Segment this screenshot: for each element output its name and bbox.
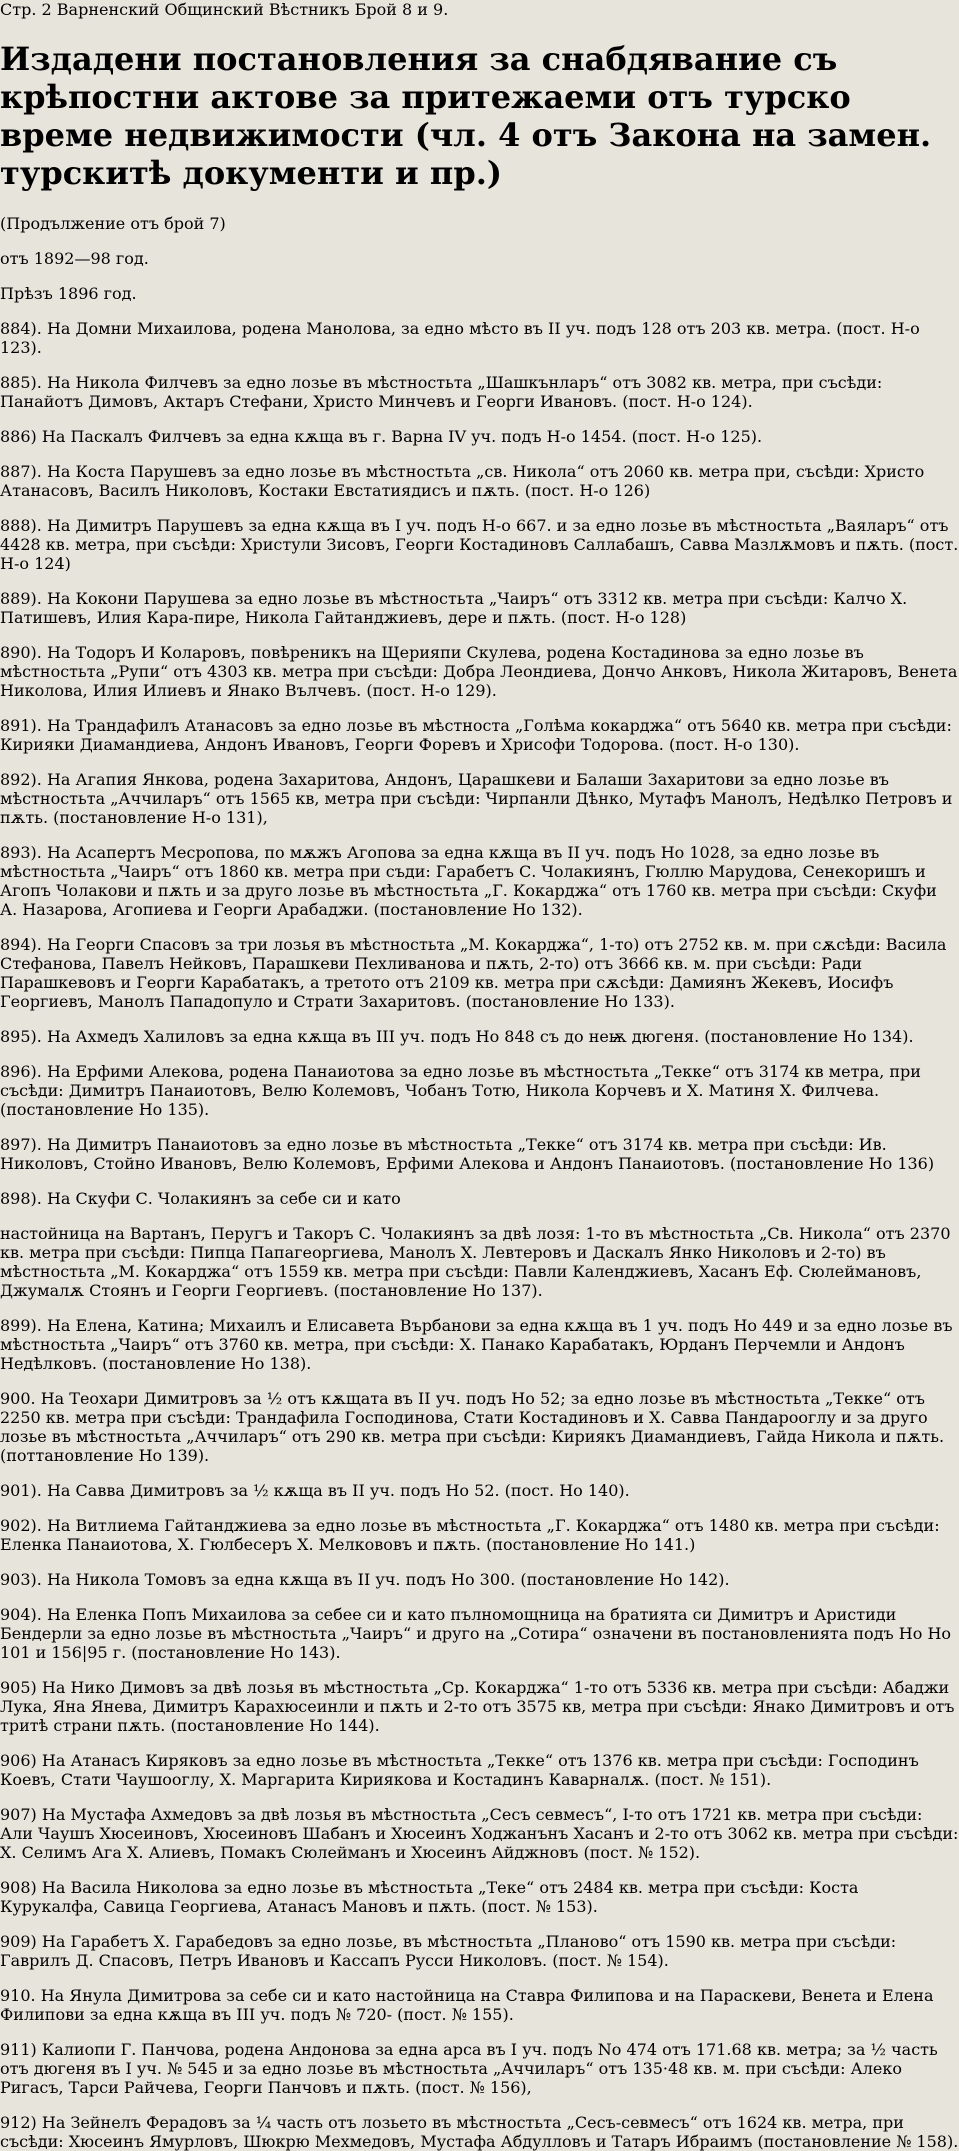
entry-907: 907) На Мустафа Ахмедовъ за двѣ лозья въ… bbox=[0, 1805, 959, 1862]
entry-908: 908) На Васила Николова за едно лозье въ… bbox=[0, 1878, 959, 1916]
entry-899: 899). На Елена, Катина; Михаилъ и Елисав… bbox=[0, 1316, 959, 1373]
entry-906: 906) На Атанасъ Киряковъ за едно лозье в… bbox=[0, 1751, 959, 1789]
entry-894: 894). На Георги Спасовъ за три лозья въ … bbox=[0, 935, 959, 1011]
right-column: настойница на Вартанъ, Перугъ и Такоръ С… bbox=[0, 1224, 959, 2151]
entry-901: 901). На Савва Димитровъ за ½ кѫща въ II… bbox=[0, 1481, 959, 1500]
entry-890: 890). На Тодоръ И Коларовъ, повѣреникъ н… bbox=[0, 643, 959, 700]
running-head: Стр. 2 Варненский Общинский Вѣстникъ Бро… bbox=[0, 0, 959, 19]
entry-911: 911) Калиопи Г. Панчова, родена Андонова… bbox=[0, 2040, 959, 2097]
period-note: отъ 1892—98 год. bbox=[0, 249, 959, 268]
entry-909: 909) На Гарабетъ Х. Гарабедовъ за едно л… bbox=[0, 1932, 959, 1970]
year-note: Прѣзъ 1896 год. bbox=[0, 284, 959, 303]
entry-884: 884). На Домни Михаилова, родена Манолов… bbox=[0, 319, 959, 357]
left-column: Издадени постановления за снабдявание съ… bbox=[0, 40, 959, 1207]
entry-905: 905) На Нико Димовъ за двѣ лозья въ мѣст… bbox=[0, 1678, 959, 1735]
issue-number-label: Брой 8 и 9. bbox=[355, 0, 449, 19]
entry-891: 891). На Трандафилъ Атанасовъ за едно ло… bbox=[0, 716, 959, 754]
entry-904: 904). На Еленка Попъ Михаилова за себее … bbox=[0, 1605, 959, 1662]
entry-893: 893). На Асапертъ Месропова, по мѫжъ Аго… bbox=[0, 843, 959, 919]
entry-895: 895). На Ахмедъ Халиловъ за една кѫща въ… bbox=[0, 1027, 959, 1046]
entry-902: 902). На Витлиема Гайтанджиева за едно л… bbox=[0, 1516, 959, 1554]
gazette-page: Стр. 2 Варненский Общинский Вѣстникъ Бро… bbox=[0, 0, 959, 1500]
entry-896: 896). На Ерфими Алекова, родена Панаиото… bbox=[0, 1062, 959, 1119]
entry-892: 892). На Агапия Янкова, родена Захаритов… bbox=[0, 770, 959, 827]
entry-885: 885). На Никола Филчевъ за едно лозье въ… bbox=[0, 373, 959, 411]
page-number-label: Стр. 2 bbox=[0, 0, 52, 19]
entry-888: 888). На Димитръ Парушевъ за една кѫща в… bbox=[0, 516, 959, 573]
entry-900: 900. На Теохари Димитровъ за ½ отъ кѫщат… bbox=[0, 1389, 959, 1465]
entry-898-continuation: настойница на Вартанъ, Перугъ и Такоръ С… bbox=[0, 1224, 959, 1300]
entry-886: 886) На Паскалъ Филчевъ за една кѫща въ … bbox=[0, 427, 959, 446]
entry-889: 889). На Кокони Парушева за едно лозье в… bbox=[0, 589, 959, 627]
entry-910: 910. На Янула Димитрова за себе си и кат… bbox=[0, 1986, 959, 2024]
entry-912: 912) На Зейнелъ Ферадовъ за ¼ часть отъ … bbox=[0, 2113, 959, 2151]
entry-897: 897). На Димитръ Панаиотовъ за едно лозь… bbox=[0, 1135, 959, 1173]
entry-887: 887). На Коста Парушевъ за едно лозье въ… bbox=[0, 462, 959, 500]
continuation-note: (Продължение отъ брой 7) bbox=[0, 214, 959, 233]
entry-903: 903). На Никола Томовъ за една кѫща въ I… bbox=[0, 1570, 959, 1589]
entry-898: 898). На Скуфи С. Чолакиянъ за себе си и… bbox=[0, 1189, 959, 1208]
masthead-title: Варненский Общинский Вѣстникъ bbox=[57, 0, 350, 19]
article-title: Издадени постановления за снабдявание съ… bbox=[0, 40, 959, 192]
